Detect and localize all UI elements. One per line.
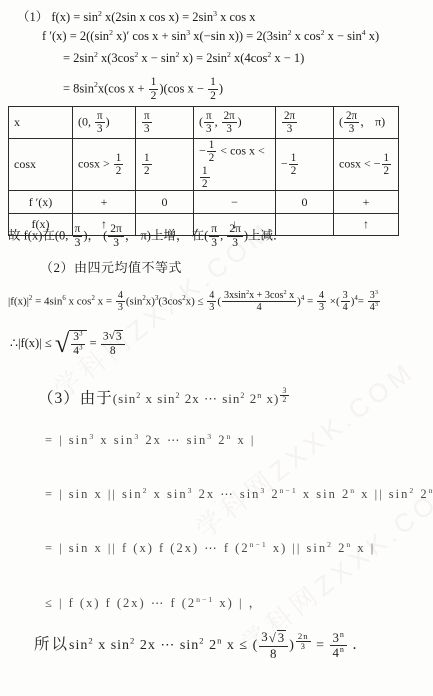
table-cell: 2π3 [276,107,334,139]
table-cell: −12 [276,139,334,191]
table-row-label: f ′(x) [9,191,73,214]
part3-expression: (sin2 x sin2 2x ⋯ sin2 2n x)32 [113,391,291,406]
table-cell: cosx > 12 [73,139,136,191]
part3-line-1: = | sin3 x sin3 2x ⋯ sin3 2n x | [45,432,255,448]
table-cell: (π3, 2π3) [194,107,276,139]
final-prefix: 所以 [34,636,69,653]
final-conclusion: 所以sin2 x sin2 2x ⋯ sin2 2n x ≤ (3√38)2n3… [34,630,367,661]
table-cell: 12 [136,139,194,191]
table-cell: + [73,191,136,214]
part2-line-1: |f(x)|2 = 4sin6 x cos2 x = 43(sin2x)3(3c… [8,290,381,314]
table-cell: − [194,191,276,214]
table-cell: −12 < cos x < 12 [194,139,276,191]
table-cell: 0 [136,191,194,214]
final-inequality: sin2 x sin2 2x ⋯ sin2 2n x ≤ (3√38)2n3 =… [69,638,367,653]
part1-line-1: （1） f(x) = sin2 x(2sin x cos x) = 2sin3 … [17,7,256,25]
radical-sign: √ [55,331,69,357]
table-cell: (0, π3) [73,107,136,139]
watermark: 学科网ZXXK.COM [187,351,422,546]
table-cell: cosx < −12 [334,139,399,191]
part3-line-4: ≤ | f (x) f (2x) ⋯ f (2n−1 x) | ， [45,593,263,611]
part3-heading: （3）由于 [38,390,113,407]
table-cell: π3 [136,107,194,139]
part3-heading-row: （3）由于(sin2 x sin2 2x ⋯ sin2 2n x)32 [38,386,290,408]
part1-conclusion: 故 f(x)在(0, π3)， (2π3， π)上增， 在(π3, 2π3)上减… [8,223,286,250]
table-cell: ↑ [334,214,399,236]
table-row-label: x [9,107,73,139]
part3-line-2: = | sin x || sin2 x sin3 2x ⋯ sin3 2n−1 … [45,486,433,502]
math-solution-document: 学科网ZXXK.COM 学科网ZXXK.COM 学科网ZXXK.COM （1） … [0,0,433,696]
part3-line-3: = | sin x || f (x) f (2x) ⋯ f (2n−1 x) |… [45,540,375,556]
table-cell: + [334,191,399,214]
table-row-label: cosx [9,139,73,191]
part1-line-2: f ′(x) = 2((sin2 x)′ cos x + sin3 x(−sin… [42,29,379,44]
monotonicity-table: x (0, π3) π3 (π3, 2π3) 2π3 (2π3， π) cosx… [8,106,399,236]
part2-line-2: ∴|f(x)| ≤ √3343 = 3√38 [10,330,126,358]
part1-line-3: = 2sin2 x(3cos2 x − sin2 x) = 2sin2 x(4c… [63,51,304,66]
radical-sign: √ [269,632,277,645]
table-cell: 0 [276,191,334,214]
part2-heading: （2）由四元均值不等式 [40,257,182,276]
table-cell: (2π3， π) [334,107,399,139]
part1-line-4: = 8sin2x(cos x + 12)(cos x − 12) [63,76,223,103]
